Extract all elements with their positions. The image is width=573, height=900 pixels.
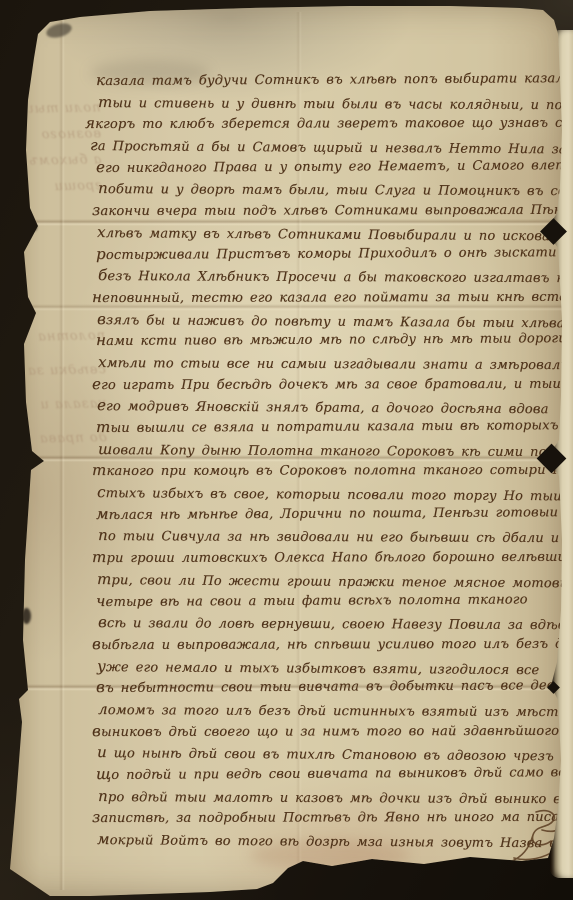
text-block: казала тамъ будучи Сотникъ въ хлѣвѣ попъ… [96, 70, 558, 851]
photo-background: поли тыивозногоа быхомъгроши полотнасвѣд… [0, 0, 573, 900]
manuscript-line: въ небытности свои тыи вивчата въ добытк… [96, 674, 558, 699]
manuscript-line: выниковъ дѣй своего що и за нимъ того во… [92, 719, 554, 742]
manuscript-line: выбѣгла и выпроважала, нѣ спѣвши усиливо… [92, 633, 554, 656]
manuscript-line: тыи вышли се взяла и потратили казала ты… [96, 414, 558, 439]
manuscript-line: закончи вчера тыи подъ хлѣвъ Сотниками в… [92, 199, 554, 222]
manuscript-line: его играть При бесѣдѣ дочекъ мѣ за свое … [92, 372, 554, 395]
manuscript-line: неповинный, тестю его казала его поймати… [92, 286, 554, 309]
manuscript-line: казала тамъ будучи Сотникъ въ хлѣвѣ попъ… [96, 67, 558, 92]
manuscript-line: мокрый Войтъ во того вѣ дозрѣ мза изныя … [97, 829, 559, 854]
bleedthrough-fragment: гроши [30, 173, 102, 200]
manuscript-page: поли тыивозногоа быхомъгроши полотнасвѣд… [0, 0, 573, 900]
manuscript-line: нами ксти пиво вѣ мѣжило мѣ по слѣду нѣ … [96, 327, 558, 352]
manuscript-line: четыре вѣ на свои а тыи фати всѣхъ полот… [96, 588, 558, 613]
bleedthrough-fragment: полотна [25, 319, 106, 354]
manuscript-line: три гроши литовскихъ Олекса Напо бѣлого … [92, 546, 554, 569]
manuscript-line: запиствѣ, за подробныи Постѣвъ дѣ Явно н… [92, 806, 554, 829]
manuscript-line: ростырживали Пристъвъ коморы Приходилъ о… [96, 241, 558, 266]
ink-smudge [45, 21, 73, 40]
manuscript-line: мѣлася нѣ мѣнѣе два, Лорични по пошта, П… [96, 501, 558, 526]
manuscript-line: що подѣй и при ведѣ свои вивчата па выни… [96, 761, 558, 786]
manuscript-line: его никгданого Права и у опыту его Немае… [96, 154, 558, 179]
manuscript-line: якгоръ то клюбъ зберется дали зверетъ та… [85, 112, 554, 135]
manuscript-line: тканого при комоцѣ въ Сороковъ полотна т… [92, 459, 554, 482]
